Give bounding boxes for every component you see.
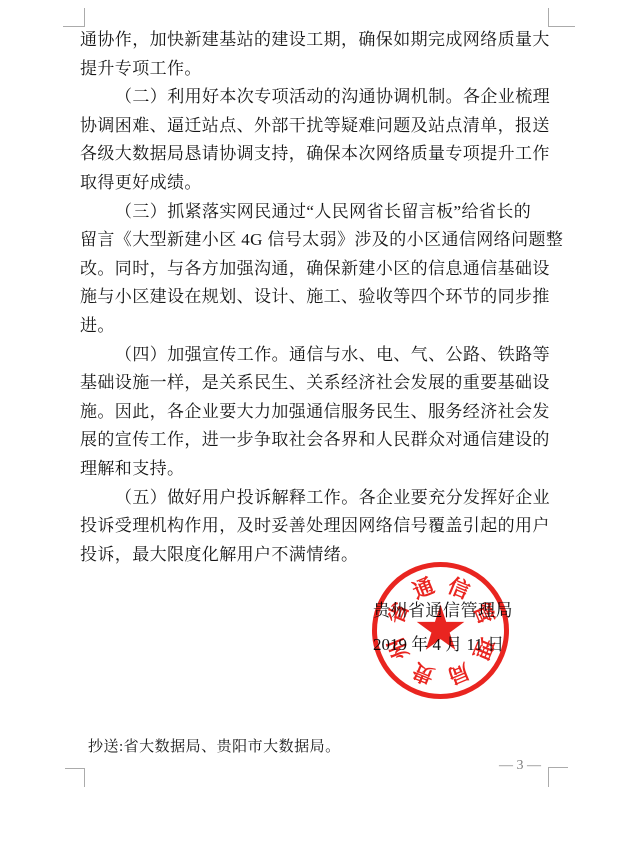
body-line: （五）做好用户投诉解释工作。各企业要充分发挥好企业 xyxy=(80,484,558,513)
body-line: 理解和支持。 xyxy=(80,455,558,484)
text-boundary-mark-bottom-right xyxy=(548,767,568,787)
body-line: 留言《大型新建小区 4G 信号太弱》涉及的小区通信网络问题整 xyxy=(80,226,558,255)
seal-ring-char: 管 xyxy=(468,597,499,628)
body-line: 取得更好成绩。 xyxy=(80,169,558,198)
document-body: 通协作，加快新建基站的建设工期，确保如期完成网络质量大提升专项工作。（二）利用好… xyxy=(80,26,558,569)
official-seal-stamp: 贵州省通信管理局 ★ xyxy=(372,562,509,699)
cc-line: 抄送:省大数据局、贵阳市大数据局。 xyxy=(88,735,341,756)
page-number: — 3 — xyxy=(492,758,548,774)
text-boundary-mark-top-right xyxy=(548,8,575,27)
body-line: （二）利用好本次专项活动的沟通协调机制。各企业梳理 xyxy=(80,83,558,112)
body-line: 各级大数据局恳请协调支持，确保本次网络质量专项提升工作 xyxy=(80,140,558,169)
body-line: （四）加强宣传工作。通信与水、电、气、公路、铁路等 xyxy=(80,341,558,370)
body-line: 协调困难、逼迁站点、外部干扰等疑难问题及站点清单，报送 xyxy=(80,112,558,141)
body-line: 施与小区建设在规划、设计、施工、验收等四个环节的同步推 xyxy=(80,283,558,312)
seal-star-icon: ★ xyxy=(413,597,469,659)
body-line: 施。因此，各企业要大力加强通信服务民生、服务经济社会发 xyxy=(80,398,558,427)
body-line: 改。同时，与各方加强沟通，确保新建小区的信息通信基础设 xyxy=(80,255,558,284)
body-line: 通协作，加快新建基站的建设工期，确保如期完成网络质量大 xyxy=(80,26,558,55)
text-boundary-mark-top-left xyxy=(63,8,85,27)
seal-ring-char: 理 xyxy=(468,633,499,664)
body-line: 投诉，最大限度化解用户不满情绪。 xyxy=(80,541,558,570)
body-line: 进。 xyxy=(80,312,558,341)
seal-ring-char: 省 xyxy=(381,597,412,628)
document-page: 通协作，加快新建基站的建设工期，确保如期完成网络质量大提升专项工作。（二）利用好… xyxy=(0,0,634,854)
body-line: 提升专项工作。 xyxy=(80,55,558,84)
body-line: 基础设施一样，是关系民生、关系经济社会发展的重要基础设 xyxy=(80,369,558,398)
text-boundary-mark-bottom-left xyxy=(65,768,85,787)
seal-ring-char: 州 xyxy=(381,633,412,664)
body-line: 展的宣传工作，进一步争取社会各界和人民群众对通信建设的 xyxy=(80,426,558,455)
body-line: 投诉受理机构作用，及时妥善处理因网络信号覆盖引起的用户 xyxy=(80,512,558,541)
body-line: （三）抓紧落实网民通过“人民网省长留言板”给省长的 xyxy=(80,198,558,227)
